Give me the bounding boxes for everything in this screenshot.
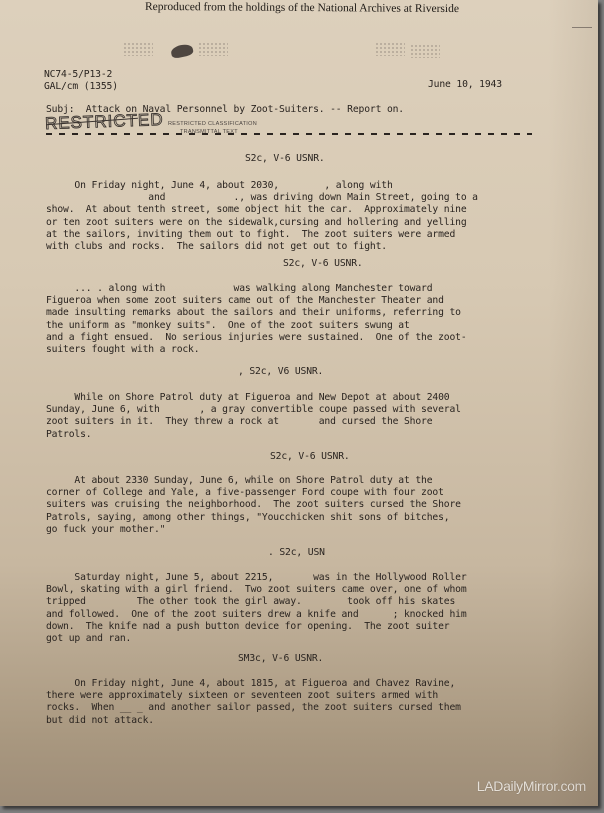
section-heading: S2c, V-6 USNR. [270,451,350,462]
document-page: Reproduced from the holdings of the Nati… [0,0,598,806]
section-heading: S2c, V-6 USNR. [245,153,325,164]
document-date: June 10, 1943 [428,79,502,90]
initials-code: GAL/cm (1355) [44,81,118,93]
archive-note: Reproduced from the holdings of the Nati… [0,0,598,16]
dashed-divider [46,133,532,135]
ink-speckle [123,42,153,56]
section-heading: S2c, V-6 USNR. [283,258,363,269]
ink-speckle [375,42,405,56]
ink-stain [170,43,194,59]
section-body: On Friday night, June 4, about 2030, , a… [46,180,478,253]
section-heading: SM3c, V-6 USNR. [238,653,323,664]
ink-speckle [198,42,228,56]
section-heading: . S2c, USN [268,547,325,558]
section-body: On Friday night, June 4, about 1815, at … [46,678,461,727]
reference-code: NC74-5/P13-2 [44,69,118,81]
section-body: Saturday night, June 5, about 2215, was … [46,572,467,645]
site-watermark: LADailyMirror.com [477,778,586,794]
reference-block: NC74-5/P13-2 GAL/cm (1355) [44,69,118,93]
classification-line: RESTRICTED CLASSIFICATION [168,120,257,128]
edge-mark [572,27,592,28]
ink-speckle [410,44,440,58]
section-body: ... . along with was walking along Manch… [46,283,467,356]
section-heading: , S2c, V6 USNR. [238,366,323,377]
section-body: While on Shore Patrol duty at Figueroa a… [46,392,461,441]
section-body: At about 2330 Sunday, June 6, while on S… [46,475,461,536]
